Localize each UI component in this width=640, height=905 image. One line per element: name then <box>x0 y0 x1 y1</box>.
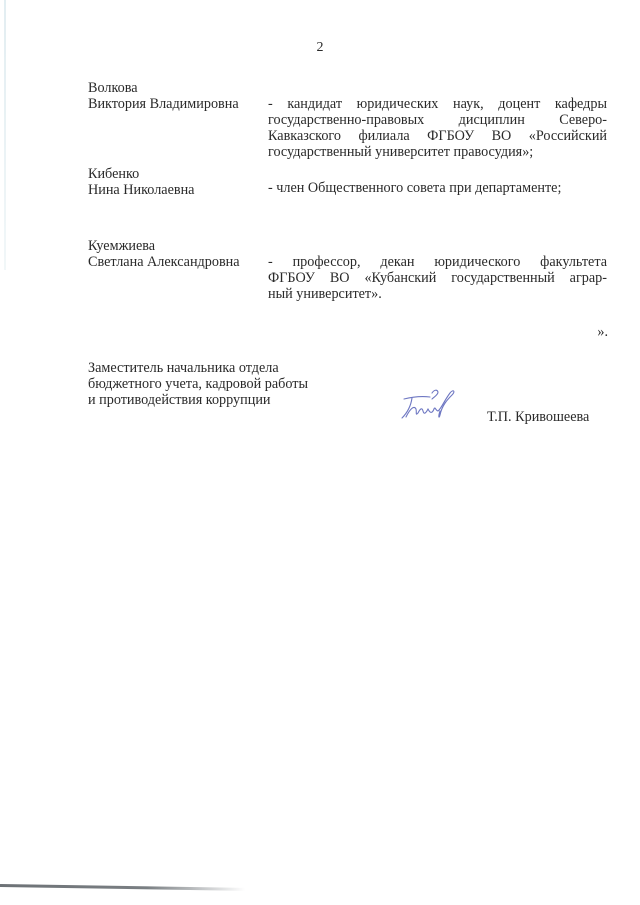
member-description: - член Общественного совета при департам… <box>268 180 607 196</box>
member-name: Куемжиева Светлана Александровна <box>88 238 268 270</box>
position-line: и противодействия коррупции <box>88 392 288 408</box>
signer-position: Заместитель начальника отдела бюджетного… <box>88 360 288 408</box>
description-line: - член Общественного совета при департам… <box>268 180 607 196</box>
description-line: - кандидат юридических наук, доцент кафе… <box>268 96 607 112</box>
handwritten-signature-icon <box>398 387 460 421</box>
member-given-names: Светлана Александровна <box>88 254 268 270</box>
member-name: Кибенко Нина Николаевна <box>88 166 268 198</box>
member-surname: Кибенко <box>88 166 268 182</box>
description-line: ФГБОУ ВО «Кубанский государственный агра… <box>268 270 607 286</box>
member-given-names: Нина Николаевна <box>88 182 268 198</box>
page-number: 2 <box>0 40 640 56</box>
closing-quote: ». <box>560 324 608 340</box>
description-line: Кавказского филиала ФГБОУ ВО «Российский <box>268 128 607 144</box>
position-line: бюджетного учета, кадровой работы <box>88 376 288 392</box>
description-line: - профессор, декан юридического факульте… <box>268 254 607 270</box>
member-surname: Куемжиева <box>88 238 268 254</box>
member-surname: Волкова <box>88 80 268 96</box>
signer-name: Т.П. Кривошеева <box>487 409 589 425</box>
description-line: государственно-правовых дисциплин Северо… <box>268 112 607 128</box>
scan-edge-bottom <box>0 884 245 891</box>
member-description: - профессор, декан юридического факульте… <box>268 254 607 302</box>
description-line: государственный университет правосудия»; <box>268 144 607 160</box>
member-given-names: Виктория Владимировна <box>88 96 268 112</box>
member-description: - кандидат юридических наук, доцент кафе… <box>268 96 607 160</box>
position-line: Заместитель начальника отдела <box>88 360 288 376</box>
description-line: ный университет». <box>268 286 607 302</box>
member-name: Волкова Виктория Владимировна <box>88 80 268 112</box>
